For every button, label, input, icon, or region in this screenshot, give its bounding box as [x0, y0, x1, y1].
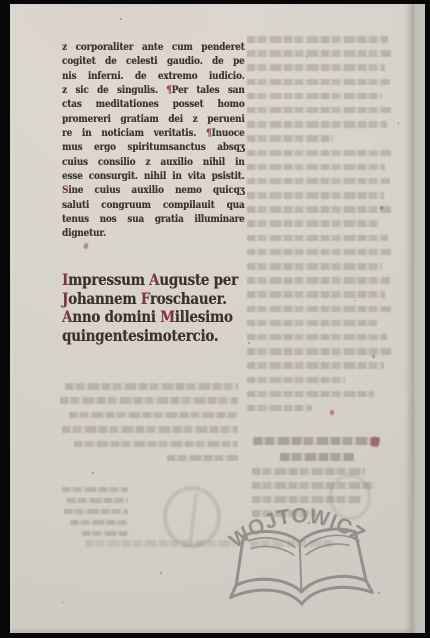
showthrough-text-block [85, 540, 235, 554]
main-text-block: z corporaliter ante cum penderetcogitet … [62, 40, 278, 241]
showthrough-line [247, 348, 391, 355]
showthrough-line [85, 540, 235, 547]
backdrop-strip [411, 4, 425, 633]
rubrication-mark [372, 355, 375, 358]
body-text-line: re in noticiam veritatis. ¶Inuoce [62, 126, 245, 140]
paper-fleck [248, 342, 250, 344]
paper-fleck [160, 572, 162, 574]
book-page: z corporaliter ante cum penderetcogitet … [10, 4, 412, 633]
body-text-line: dignetur. [62, 226, 245, 240]
showthrough-initial-circle [163, 486, 221, 548]
showthrough-line [247, 391, 374, 398]
paper-fleck [120, 18, 122, 20]
body-text-line: z corporaliter ante cum penderet [62, 40, 245, 54]
book-page-photo: z corporaliter ante cum penderetcogitet … [0, 0, 430, 638]
showthrough-line [247, 362, 384, 369]
showthrough-line [280, 453, 354, 461]
paper-fleck [354, 300, 356, 301]
paper-fleck [62, 602, 64, 603]
showthrough-line [247, 405, 312, 412]
showthrough-line [247, 263, 382, 270]
showthrough-text-block [60, 383, 238, 469]
body-text-line: promereri gratiam dei z perueni [62, 112, 245, 126]
body-text-line: tenus nos sua gratia illuminare [62, 212, 245, 226]
showthrough-line [74, 441, 238, 448]
showthrough-line [82, 531, 128, 536]
showthrough-line [247, 277, 390, 284]
body-text-line: nis inferni. de extremo iudicio. [62, 69, 245, 83]
wojtowicz-watermark: WOJTOWICZ [222, 489, 378, 612]
showthrough-line [60, 397, 238, 404]
showthrough-line [70, 520, 128, 525]
body-text-line: cogitet de celesti gaudio. de pe [62, 54, 245, 68]
body-text-line: ctas meditationes posset homo [62, 97, 245, 111]
rubrication-mark [370, 436, 380, 447]
showthrough-line [167, 455, 238, 462]
colophon-line: Impressum Auguste per [62, 271, 241, 290]
showthrough-line [253, 437, 380, 445]
rubrication-mark [83, 243, 89, 250]
rubrication-mark [330, 410, 334, 415]
body-text-line: mus ergo spiritumsanctus absqʒ [62, 140, 245, 154]
body-text-line: saluti congruum compilauit qua [62, 198, 245, 212]
showthrough-line [247, 377, 345, 384]
colophon-block: Impressum Auguste perJohannem Froschauer… [62, 271, 268, 345]
showthrough-text-block [62, 487, 128, 542]
showthrough-line [62, 426, 238, 433]
paper-fleck [306, 56, 307, 58]
colophon-line: quingentesimotercio. [62, 327, 241, 346]
showthrough-line [65, 383, 238, 390]
rubrication-mark [380, 206, 383, 210]
colophon-line: Anno domini Millesimo [62, 308, 241, 327]
showthrough-line [62, 487, 128, 492]
colophon-line: Johannem Froschauer. [62, 290, 241, 309]
paper-fleck [378, 592, 380, 594]
body-text-line: Sine cuius auxilio nemo quicqʒ [62, 183, 245, 197]
paper-fleck [92, 472, 94, 474]
showthrough-line [69, 412, 238, 419]
body-text-line: cuius consilio z auxilio nihil in [62, 155, 245, 169]
body-text-line: z sic de singulis. ¶Per tales san [62, 83, 245, 97]
showthrough-line [247, 306, 391, 313]
paper-fleck [398, 122, 399, 125]
showthrough-line [247, 249, 391, 256]
showthrough-line [67, 498, 128, 503]
showthrough-text-block [250, 437, 384, 469]
showthrough-line [64, 509, 128, 514]
body-text-line: esse consurgit. nihil in vita psistit. [62, 169, 245, 183]
